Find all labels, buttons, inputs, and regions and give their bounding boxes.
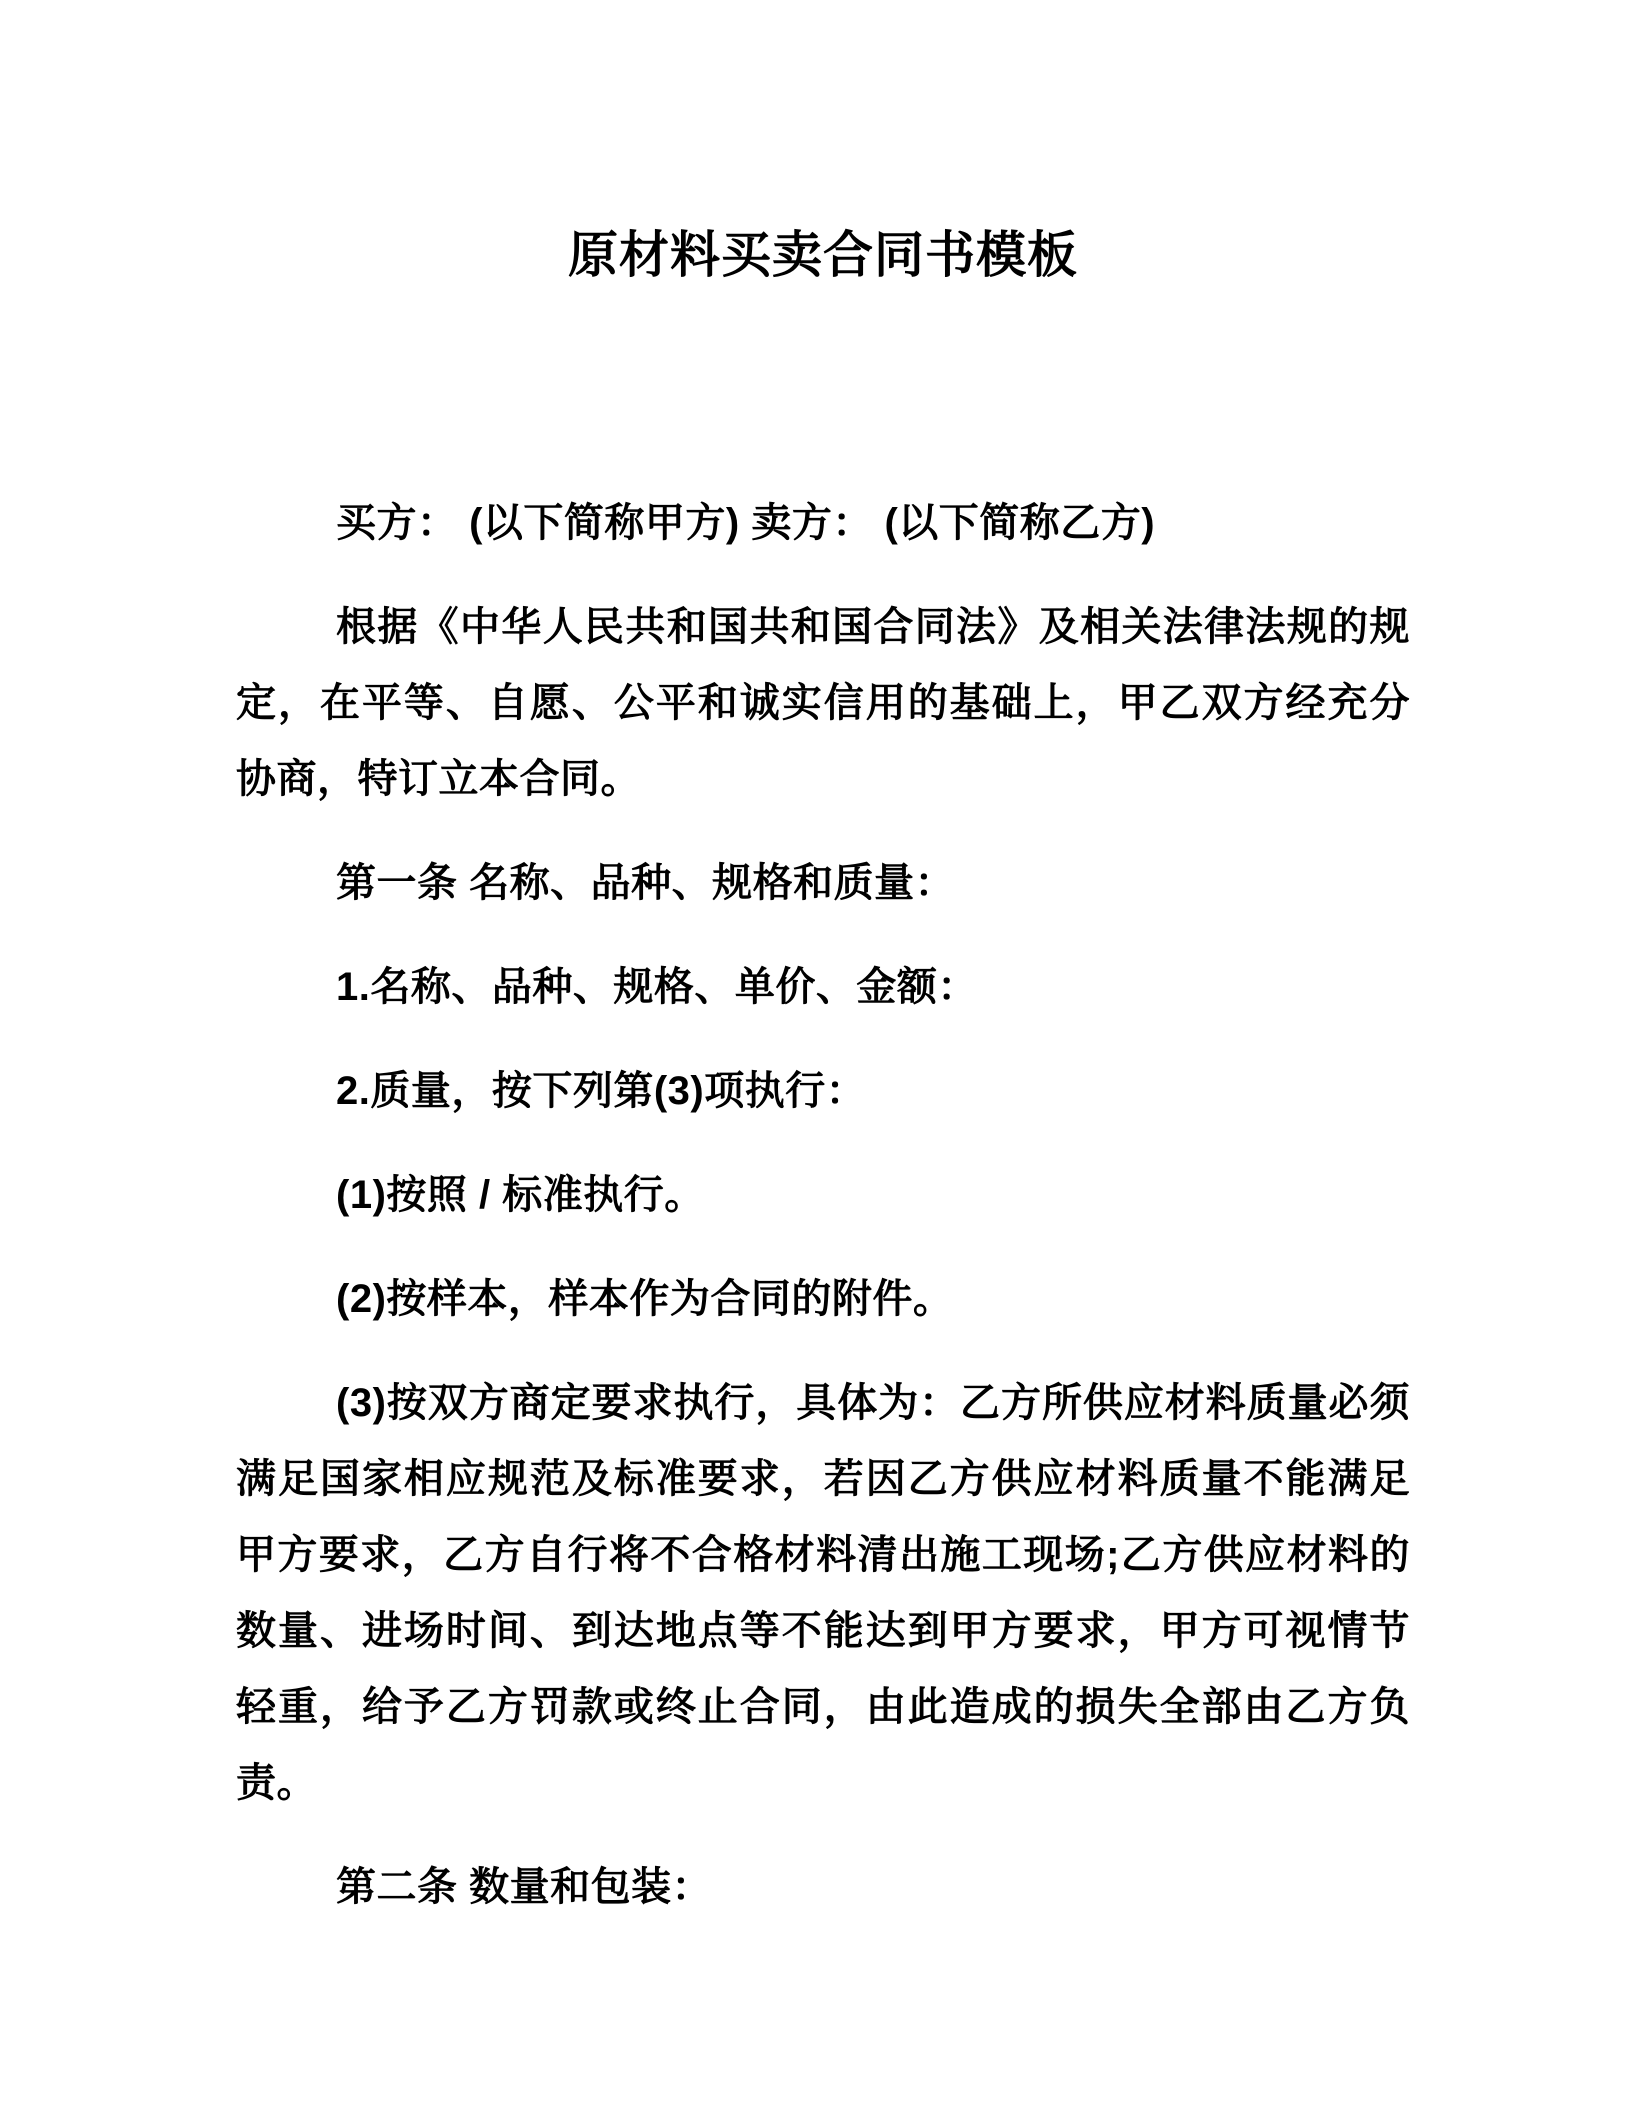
- document-page: 原材料买卖合同书模板 买方： (以下简称甲方) 卖方： (以下简称乙方) 根据《…: [0, 0, 1632, 2112]
- clause-1-heading: 第一条 名称、品种、规格和质量：: [236, 845, 1410, 921]
- clause-1-item-2-option-2: (2)按样本，样本作为合同的附件。: [236, 1261, 1410, 1337]
- clause-1-item-2: 2.质量，按下列第(3)项执行：: [236, 1053, 1410, 1129]
- paragraph-buyer-seller: 买方： (以下简称甲方) 卖方： (以下简称乙方): [236, 485, 1410, 561]
- document-content: 原材料买卖合同书模板 买方： (以下简称甲方) 卖方： (以下简称乙方) 根据《…: [236, 225, 1410, 1953]
- document-title: 原材料买卖合同书模板: [236, 225, 1410, 285]
- paragraph-preamble: 根据《中华人民共和国共和国合同法》及相关法律法规的规定，在平等、自愿、公平和诚实…: [236, 589, 1410, 817]
- clause-2-heading: 第二条 数量和包装：: [236, 1849, 1410, 1925]
- clause-1-item-2-option-3: (3)按双方商定要求执行，具体为：乙方所供应材料质量必须满足国家相应规范及标准要…: [236, 1365, 1410, 1821]
- clause-1-item-1: 1.名称、品种、规格、单价、金额：: [236, 949, 1410, 1025]
- clause-1-item-2-option-1: (1)按照 / 标准执行。: [236, 1157, 1410, 1233]
